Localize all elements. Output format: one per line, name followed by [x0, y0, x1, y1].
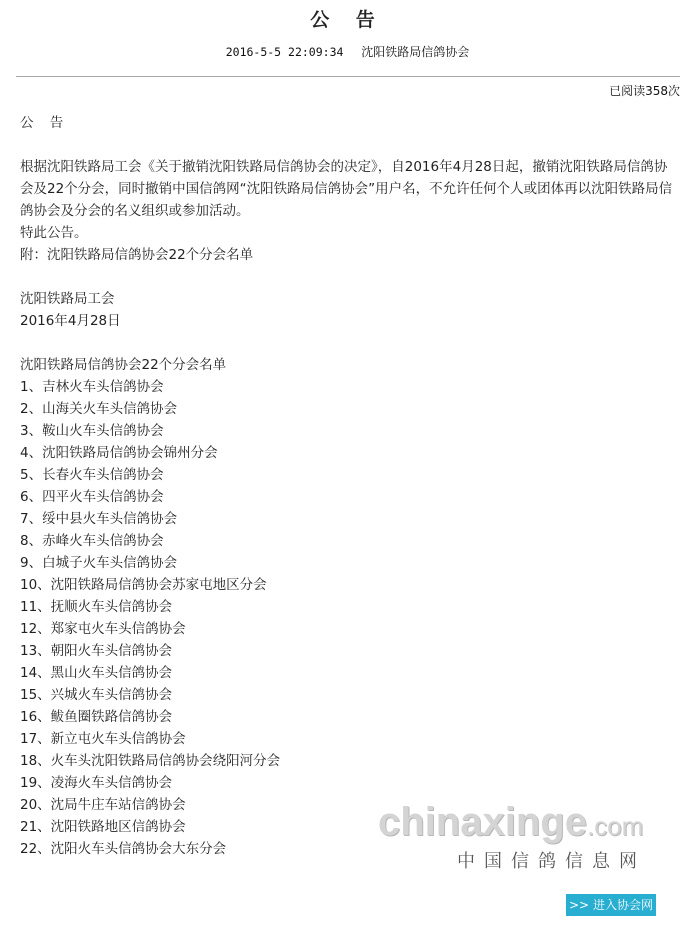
list-item: 11、抚顺火车头信鸽协会 [20, 596, 680, 618]
list-item: 2、山海关火车头信鸽协会 [20, 398, 680, 420]
watermark-logo-text: chinaxinge.com [378, 800, 648, 848]
list-item: 13、朝阳火车头信鸽协会 [20, 640, 680, 662]
watermark-site-tld: .com [587, 811, 643, 841]
page-title: 公 告 [0, 6, 695, 34]
list-item: 19、凌海火车头信鸽协会 [20, 772, 680, 794]
list-item: 18、火车头沈阳铁路局信鸽协会绕阳河分会 [20, 750, 680, 772]
enter-button-label: 进入协会网站 [593, 898, 653, 926]
list-item: 16、鲅鱼圈铁路信鸽协会 [20, 706, 680, 728]
publisher-name: 沈阳铁路局信鸽协会 [361, 45, 469, 59]
article-heading: 公 告 [20, 112, 680, 134]
article-content: 公 告 根据沈阳铁路局工会《关于撤销沈阳铁路局信鸽协会的决定》，自2016年4月… [20, 112, 680, 860]
article-closing: 特此公告。 [20, 222, 680, 244]
list-item: 14、黑山火车头信鸽协会 [20, 662, 680, 684]
list-item: 3、鞍山火车头信鸽协会 [20, 420, 680, 442]
list-item: 8、赤峰火车头信鸽协会 [20, 530, 680, 552]
spacer [20, 332, 680, 354]
header-divider [16, 76, 680, 77]
article-meta: 2016-5-5 22:09:34 沈阳铁路局信鸽协会 [0, 43, 695, 61]
article-attachment-note: 附：沈阳铁路局信鸽协会22个分会名单 [20, 244, 680, 266]
list-item: 12、郑家屯火车头信鸽协会 [20, 618, 680, 640]
signature-date: 2016年4月28日 [20, 310, 680, 332]
article-body: 根据沈阳铁路局工会《关于撤销沈阳铁路局信鸽协会的决定》，自2016年4月28日起… [20, 156, 680, 222]
list-item: 1、吉林火车头信鸽协会 [20, 376, 680, 398]
list-item: 9、白城子火车头信鸽协会 [20, 552, 680, 574]
spacer [20, 266, 680, 288]
signature-org: 沈阳铁路局工会 [20, 288, 680, 310]
list-item: 4、沈阳铁路局信鸽协会锦州分会 [20, 442, 680, 464]
list-item: 17、新立屯火车头信鸽协会 [20, 728, 680, 750]
read-count: 已阅读358次 [609, 82, 680, 100]
list-item: 15、兴城火车头信鸽协会 [20, 684, 680, 706]
list-item: 7、绥中县火车头信鸽协会 [20, 508, 680, 530]
branch-list: 1、吉林火车头信鸽协会 2、山海关火车头信鸽协会 3、鞍山火车头信鸽协会 4、沈… [20, 376, 680, 860]
publish-datetime: 2016-5-5 22:09:34 [226, 45, 344, 59]
list-item: 10、沈阳铁路局信鸽协会苏家屯地区分会 [20, 574, 680, 596]
enter-association-site-button[interactable]: >>进入协会网站 [566, 894, 656, 916]
list-item: 5、长春火车头信鸽协会 [20, 464, 680, 486]
watermark-site-cn: 中国信鸽信息网 [378, 850, 648, 874]
watermark-site-name: chinaxinge [378, 800, 587, 844]
branch-list-title: 沈阳铁路局信鸽协会22个分会名单 [20, 354, 680, 376]
list-item: 6、四平火车头信鸽协会 [20, 486, 680, 508]
site-watermark: chinaxinge.com 中国信鸽信息网 [378, 800, 648, 874]
double-chevron-right-icon: >> [569, 898, 589, 912]
